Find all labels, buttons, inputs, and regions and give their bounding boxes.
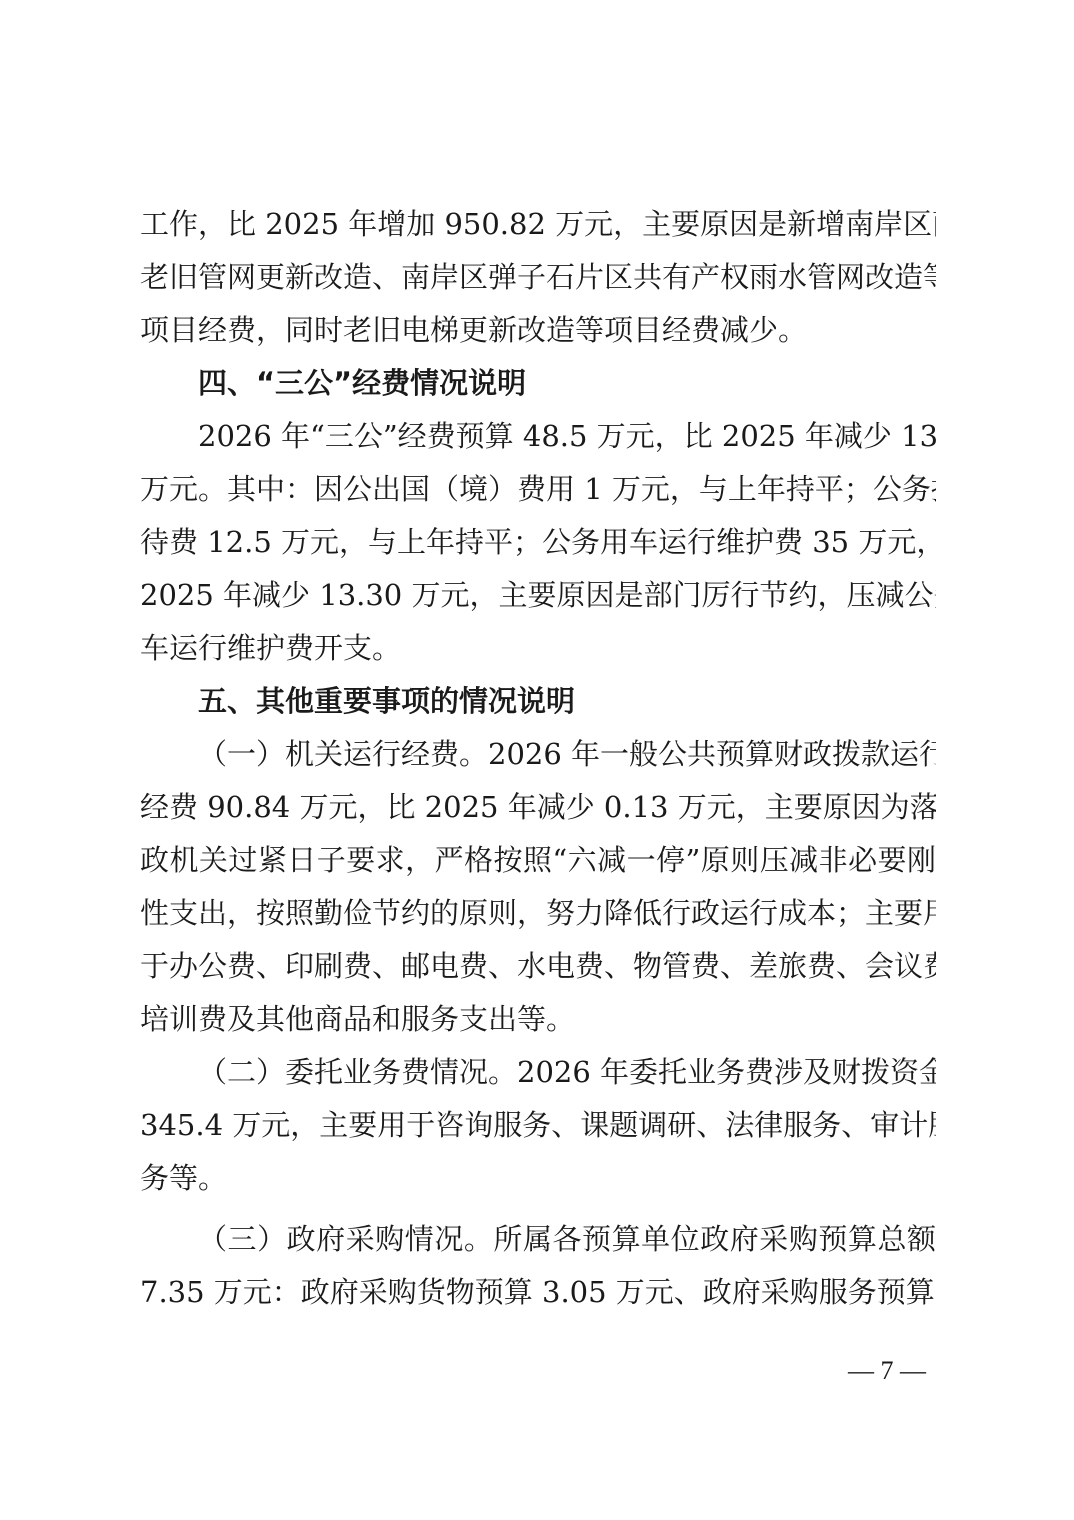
body-line: 7.35 万元：政府采购货物预算 3.05 万元、政府采购服务预算 4.30 [140, 1266, 936, 1319]
body-line: 万元。其中：因公出国（境）费用 1 万元，与上年持平；公务接 [140, 463, 936, 516]
body-line: 老旧管网更新改造、南岸区弹子石片区共有产权雨水管网改造等 [140, 251, 936, 304]
body-line: 务等。 [140, 1152, 936, 1205]
section-heading-five: 五、其他重要事项的情况说明 [140, 675, 936, 728]
body-line: 项目经费，同时老旧电梯更新改造等项目经费减少。 [140, 304, 936, 357]
body-line: 待费 12.5 万元，与上年持平；公务用车运行维护费 35 万元，比 [140, 516, 936, 569]
body-line: 政机关过紧日子要求，严格按照“六减一停”原则压减非必要刚 [140, 834, 936, 887]
body-line: 345.4 万元，主要用于咨询服务、课题调研、法律服务、审计服 [140, 1099, 936, 1152]
section-heading-four: 四、“三公”经费情况说明 [140, 357, 936, 410]
body-line: 车运行维护费开支。 [140, 622, 936, 675]
body-line: 于办公费、印刷费、邮电费、水电费、物管费、差旅费、会议费、 [140, 940, 936, 993]
body-line: （一）机关运行经费。2026 年一般公共预算财政拨款运行 [140, 728, 936, 781]
body-line: 2025 年减少 13.30 万元，主要原因是部门厉行节约，压减公务用 [140, 569, 936, 622]
body-line: 2026 年“三公”经费预算 48.5 万元，比 2025 年减少 13.30 [140, 410, 936, 463]
body-line: （三）政府采购情况。所属各预算单位政府采购预算总额 [140, 1213, 936, 1266]
page-number: — 7 — [848, 1356, 926, 1386]
document-page: 工作，比 2025 年增加 950.82 万元，主要原因是新增南岸区雨水 老旧管… [140, 198, 936, 1319]
body-line: 性支出，按照勤俭节约的原则，努力降低行政运行成本；主要用 [140, 887, 936, 940]
body-line: 经费 90.84 万元，比 2025 年减少 0.13 万元，主要原因为落实党 [140, 781, 936, 834]
body-line: 培训费及其他商品和服务支出等。 [140, 993, 936, 1046]
body-line: （二）委托业务费情况。2026 年委托业务费涉及财拨资金 [140, 1046, 936, 1099]
body-line: 工作，比 2025 年增加 950.82 万元，主要原因是新增南岸区雨水 [140, 198, 936, 251]
